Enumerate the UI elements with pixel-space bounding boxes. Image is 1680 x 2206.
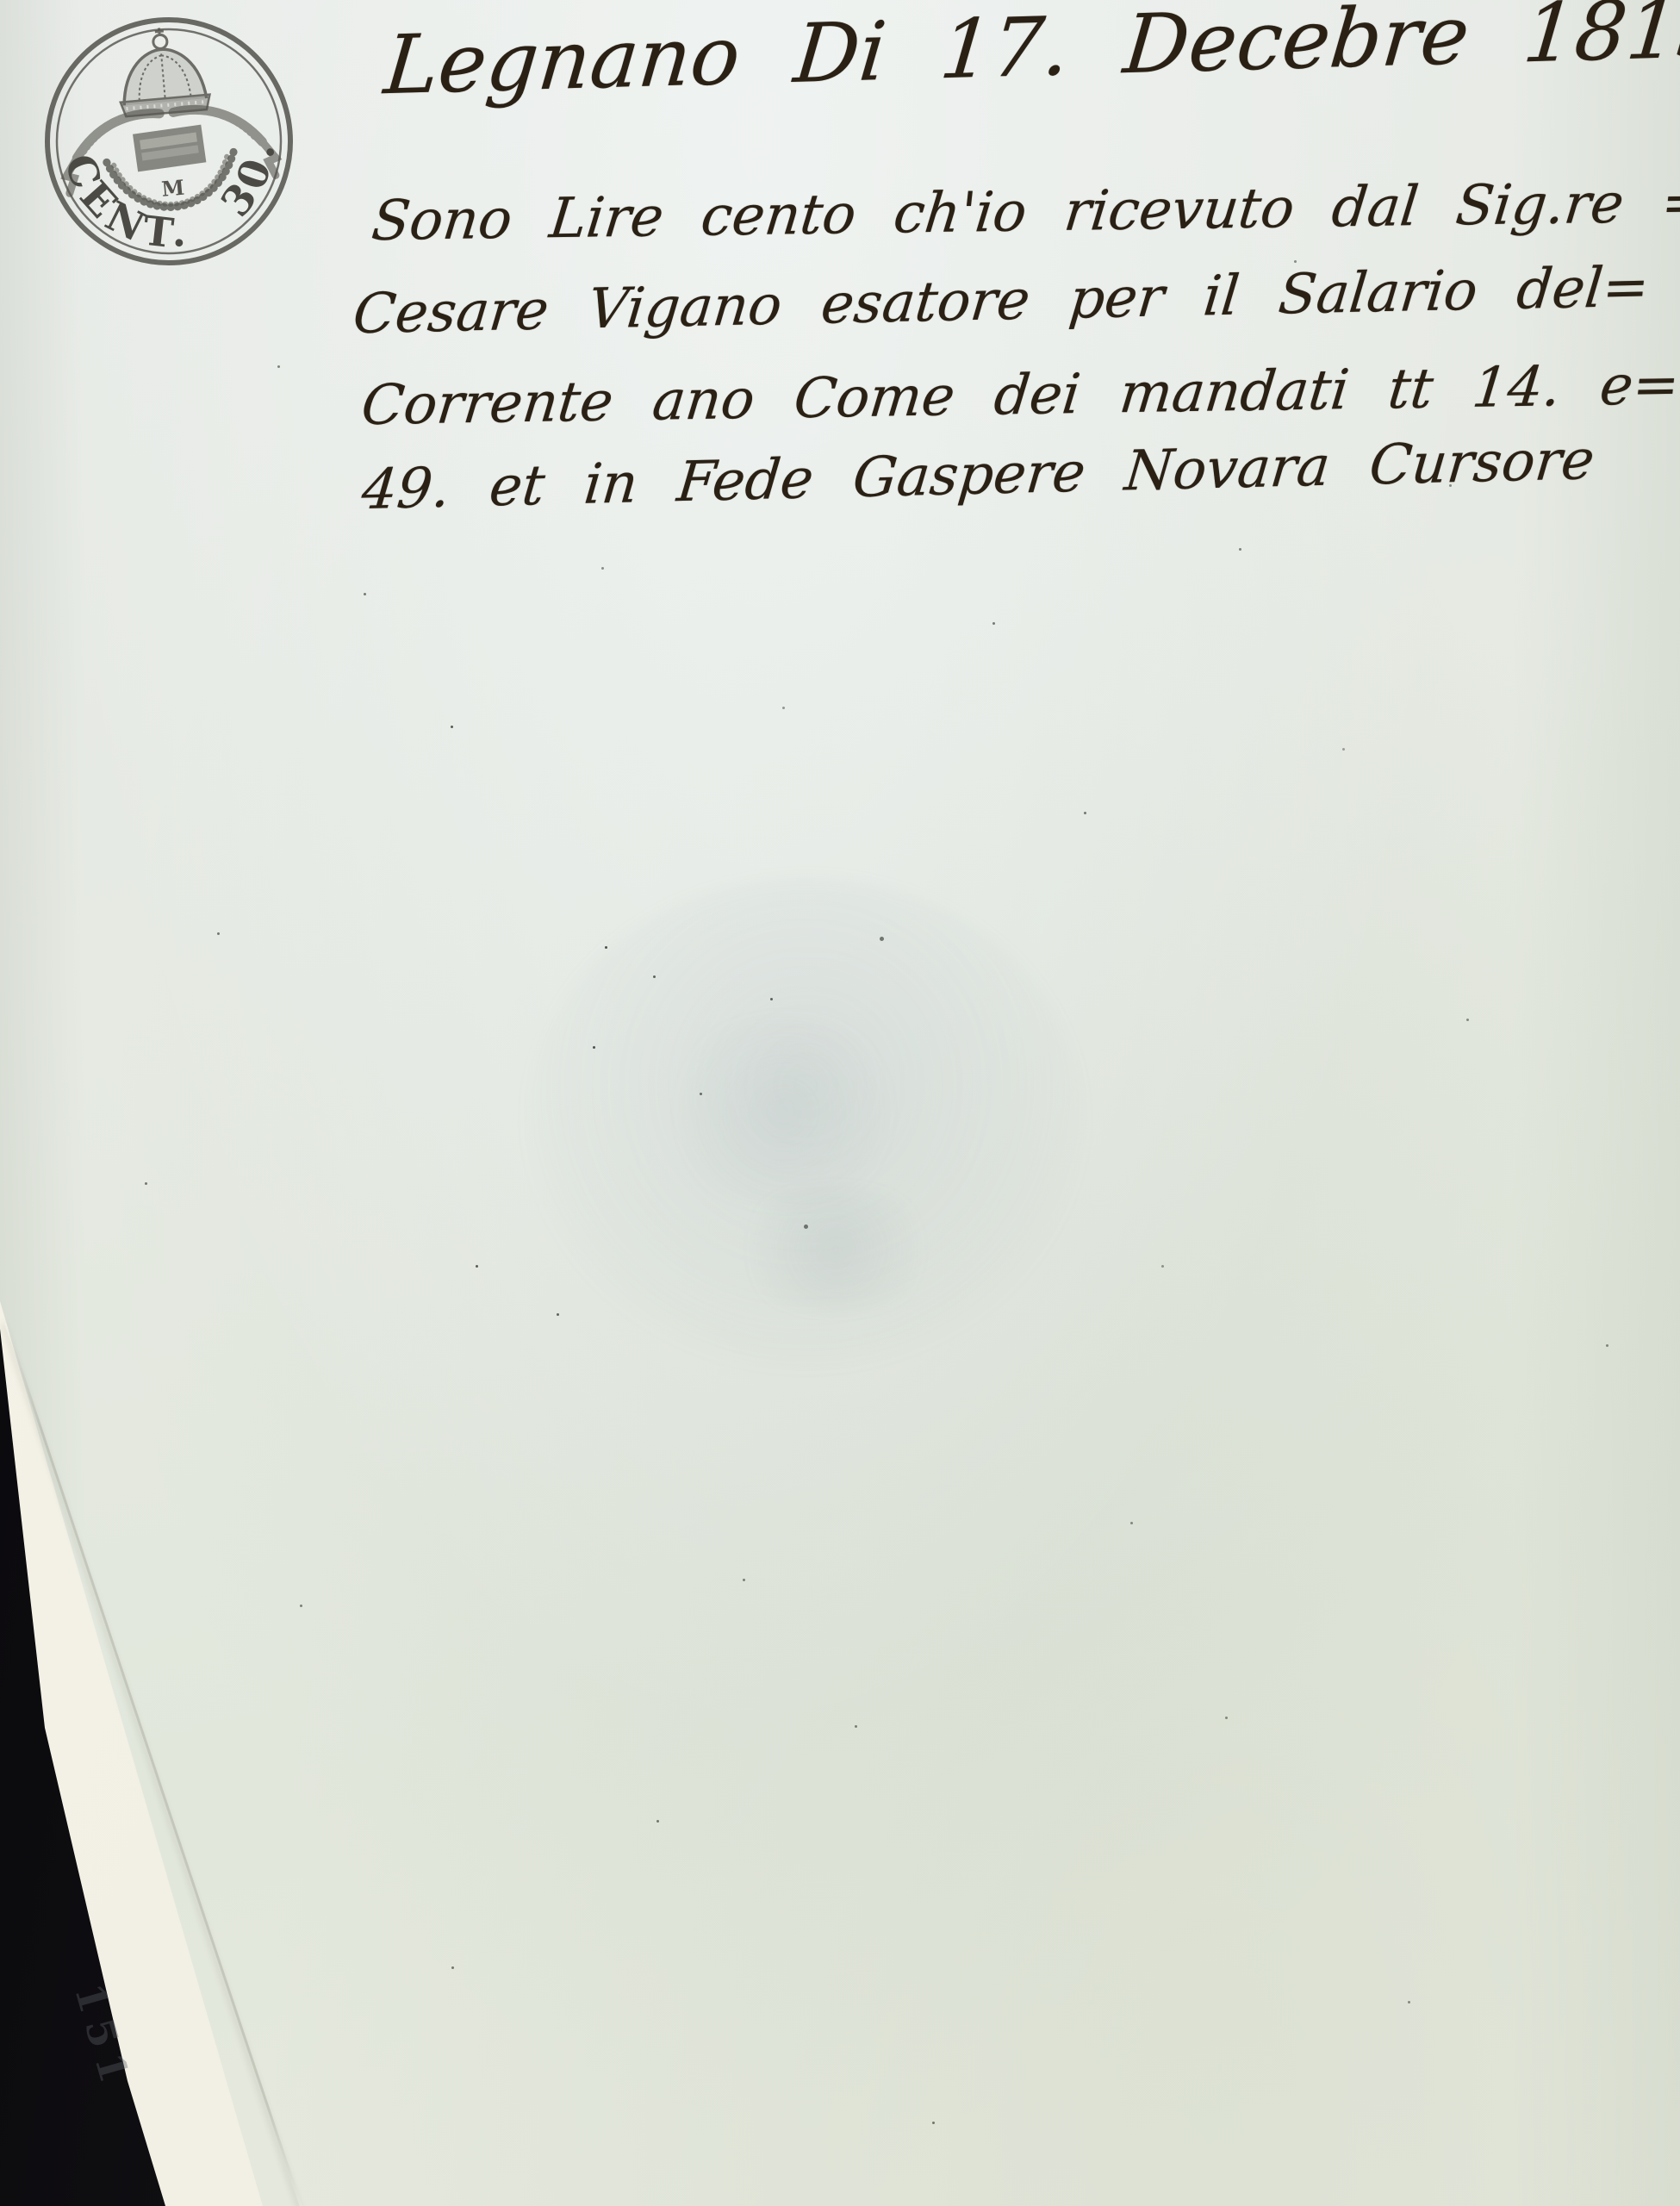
monogram-text: M [160, 175, 185, 202]
revenue-stamp: M CENT. 30. [28, 0, 308, 283]
plaque-icon [133, 125, 206, 172]
ink-showthrough [724, 1189, 948, 1310]
paper-specks [0, 0, 3, 3]
scanned-document: Legnano Di 17. Decebre 1813= Sono Lire c… [0, 0, 1680, 2206]
crown-icon [115, 24, 211, 117]
ink-showthrough [655, 1017, 913, 1206]
